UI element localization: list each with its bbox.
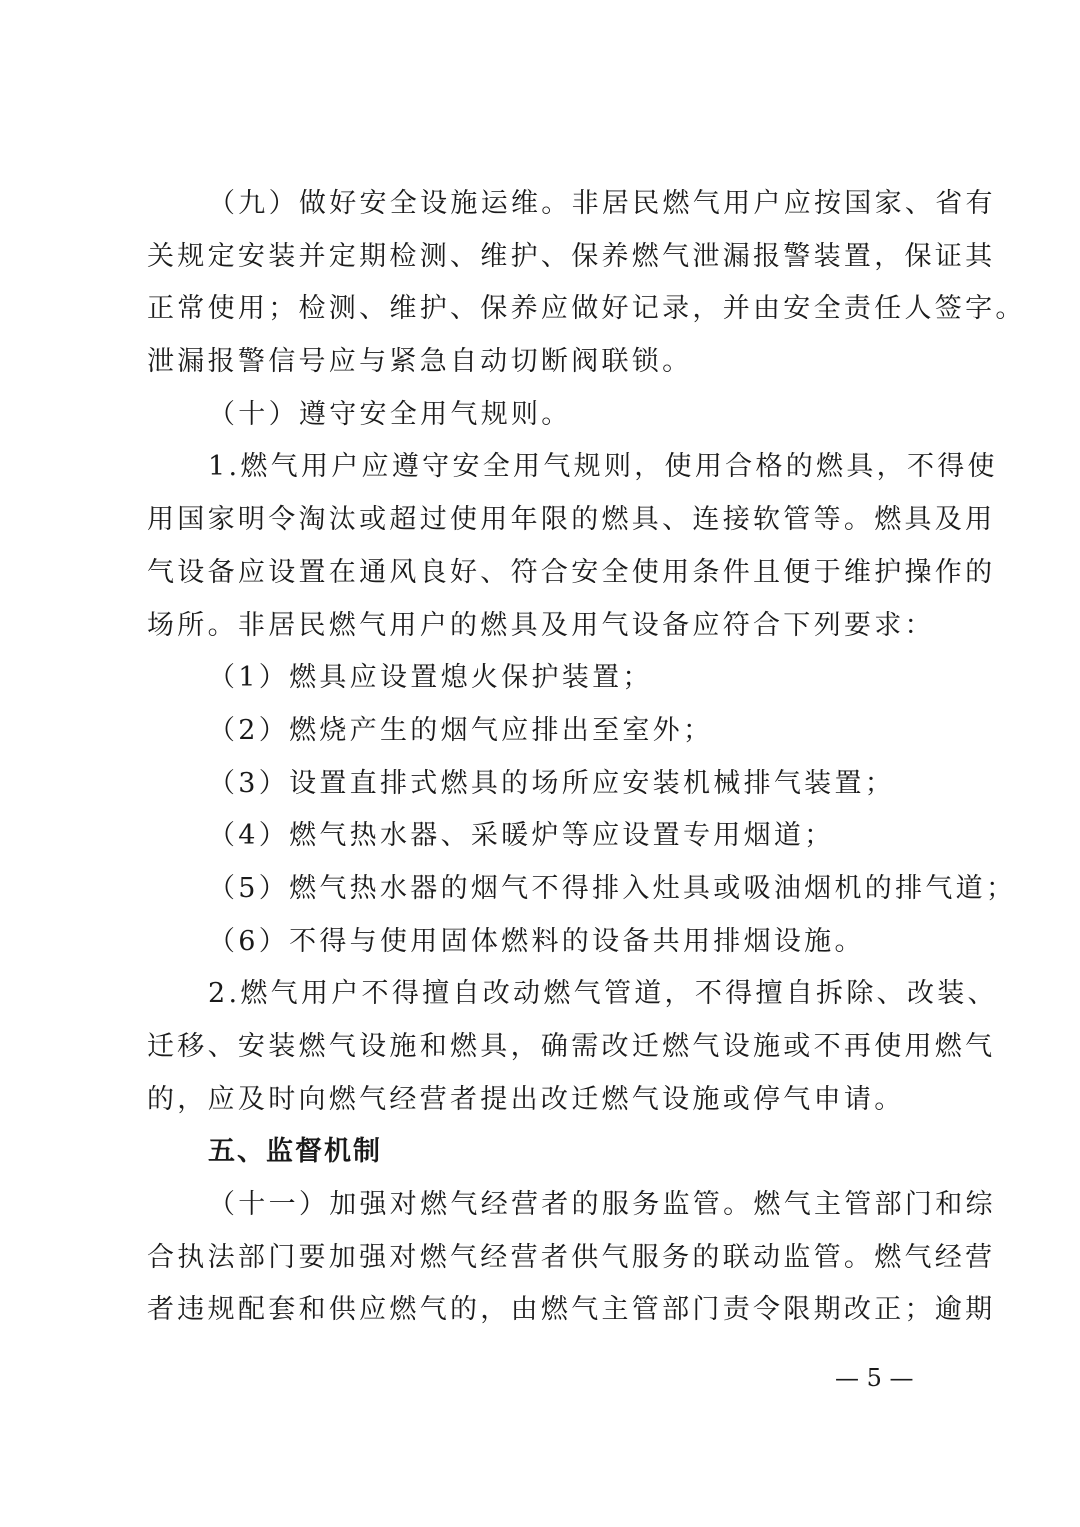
text-line: （十）遵守安全用气规则。 bbox=[147, 389, 942, 442]
text-line: 气设备应设置在通风良好、符合安全使用条件且便于维护操作的 bbox=[147, 547, 942, 600]
paragraph-item-11: （十一）加强对燃气经营者的服务监管。燃气主管部门和综 合执法部门要加强对燃气经营… bbox=[147, 1179, 942, 1337]
list-item: （5）燃气热水器的烟气不得排入灶具或吸油烟机的排气道； bbox=[147, 863, 942, 916]
page-number: — 5 — bbox=[835, 1363, 914, 1393]
document-page: （九）做好安全设施运维。非居民燃气用户应按国家、省有 关规定安装并定期检测、维护… bbox=[147, 178, 942, 1337]
paragraph-item-9: （九）做好安全设施运维。非居民燃气用户应按国家、省有 关规定安装并定期检测、维护… bbox=[147, 178, 942, 389]
text-line: 用国家明令淘汰或超过使用年限的燃具、连接软管等。燃具及用 bbox=[147, 494, 942, 547]
text-line: 合执法部门要加强对燃气经营者供气服务的联动监管。燃气经营 bbox=[147, 1232, 942, 1285]
text-line: （九）做好安全设施运维。非居民燃气用户应按国家、省有 bbox=[147, 178, 942, 231]
requirements-list: （1）燃具应设置熄火保护装置； （2）燃烧产生的烟气应排出至室外； （3）设置直… bbox=[147, 652, 942, 968]
list-item: （1）燃具应设置熄火保护装置； bbox=[147, 652, 942, 705]
list-item: （4）燃气热水器、采暖炉等应设置专用烟道； bbox=[147, 810, 942, 863]
list-item: （3）设置直排式燃具的场所应安装机械排气装置； bbox=[147, 758, 942, 811]
text-line: 者违规配套和供应燃气的，由燃气主管部门责令限期改正；逾期 bbox=[147, 1284, 942, 1337]
text-line: 正常使用；检测、维护、保养应做好记录，并由安全责任人签字。 bbox=[147, 283, 942, 336]
paragraph-item-10-1: 1.燃气用户应遵守安全用气规则，使用合格的燃具，不得使 用国家明令淘汰或超过使用… bbox=[147, 441, 942, 652]
text-line: （十一）加强对燃气经营者的服务监管。燃气主管部门和综 bbox=[147, 1179, 942, 1232]
text-line: 迁移、安装燃气设施和燃具，确需改迁燃气设施或不再使用燃气 bbox=[147, 1021, 942, 1074]
section-heading: 五、监督机制 bbox=[147, 1126, 942, 1179]
text-line: 关规定安装并定期检测、维护、保养燃气泄漏报警装置，保证其 bbox=[147, 231, 942, 284]
list-item: （2）燃烧产生的烟气应排出至室外； bbox=[147, 705, 942, 758]
paragraph-item-10: （十）遵守安全用气规则。 bbox=[147, 389, 942, 442]
text-line: 的，应及时向燃气经营者提出改迁燃气设施或停气申请。 bbox=[147, 1074, 942, 1127]
text-line: 1.燃气用户应遵守安全用气规则，使用合格的燃具，不得使 bbox=[147, 441, 942, 494]
paragraph-item-10-2: 2.燃气用户不得擅自改动燃气管道，不得擅自拆除、改装、 迁移、安装燃气设施和燃具… bbox=[147, 968, 942, 1126]
text-line: 2.燃气用户不得擅自改动燃气管道，不得擅自拆除、改装、 bbox=[147, 968, 942, 1021]
list-item: （6）不得与使用固体燃料的设备共用排烟设施。 bbox=[147, 916, 942, 969]
text-line: 泄漏报警信号应与紧急自动切断阀联锁。 bbox=[147, 336, 942, 389]
text-line: 场所。非居民燃气用户的燃具及用气设备应符合下列要求： bbox=[147, 600, 942, 653]
